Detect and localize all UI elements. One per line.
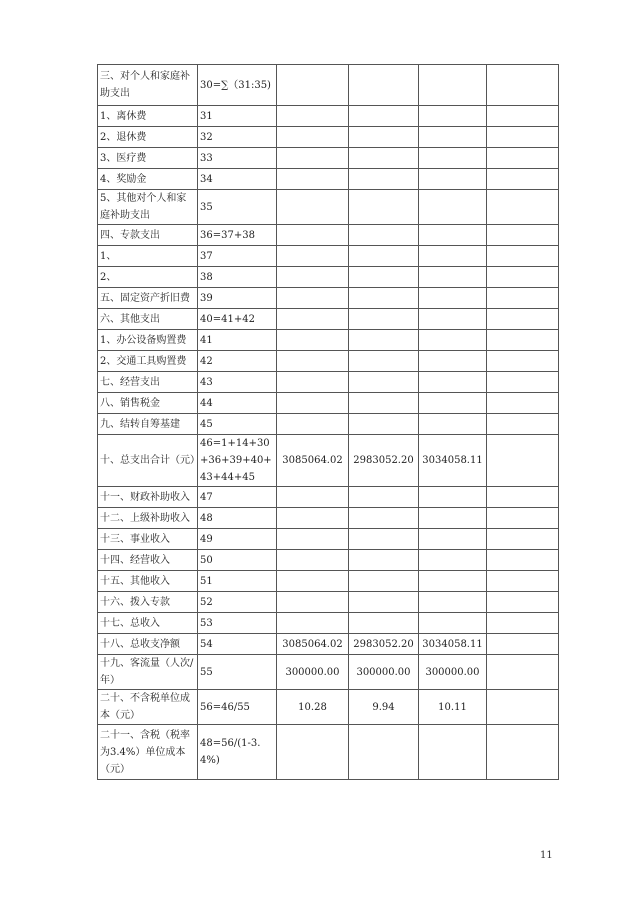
value-col-4 — [487, 435, 559, 487]
table-row: 七、经营支出43 — [98, 372, 559, 393]
value-col-4 — [487, 246, 559, 267]
value-col-1 — [277, 393, 349, 414]
row-code: 31 — [198, 106, 277, 127]
value-col-1 — [277, 372, 349, 393]
value-col-2 — [349, 246, 419, 267]
table-row: 2、退休费32 — [98, 127, 559, 148]
value-col-4 — [487, 725, 559, 780]
value-col-4 — [487, 592, 559, 613]
row-label: 三、对个人和家庭补助支出 — [98, 65, 198, 106]
value-col-2 — [349, 487, 419, 508]
value-col-2 — [349, 613, 419, 634]
row-label: 九、结转自筹基建 — [98, 414, 198, 435]
row-code: 42 — [198, 351, 277, 372]
value-col-4 — [487, 351, 559, 372]
table-row: 十二、上级补助收入48 — [98, 508, 559, 529]
value-col-2: 300000.00 — [349, 655, 419, 690]
value-col-1 — [277, 414, 349, 435]
value-col-4 — [487, 613, 559, 634]
row-label: 十五、其他收入 — [98, 571, 198, 592]
value-col-3 — [419, 529, 487, 550]
value-col-4 — [487, 550, 559, 571]
value-col-2 — [349, 309, 419, 330]
row-code: 50 — [198, 550, 277, 571]
row-code: 54 — [198, 634, 277, 655]
value-col-1 — [277, 148, 349, 169]
value-col-4 — [487, 127, 559, 148]
value-col-3 — [419, 571, 487, 592]
row-label: 二十、不含税单位成本（元） — [98, 690, 198, 725]
value-col-1 — [277, 487, 349, 508]
row-code: 45 — [198, 414, 277, 435]
value-col-4 — [487, 106, 559, 127]
value-col-2: 9.94 — [349, 690, 419, 725]
table-row: 二十、不含税单位成本（元）56=46/5510.289.9410.11 — [98, 690, 559, 725]
row-code: 48 — [198, 508, 277, 529]
cost-table: 三、对个人和家庭补助支出30=∑（31:35)1、离休费312、退休费323、医… — [97, 64, 559, 780]
value-col-4 — [487, 65, 559, 106]
table-row: 三、对个人和家庭补助支出30=∑（31:35) — [98, 65, 559, 106]
value-col-2 — [349, 65, 419, 106]
value-col-1 — [277, 725, 349, 780]
value-col-4 — [487, 571, 559, 592]
table-row: 5、其他对个人和家庭补助支出35 — [98, 190, 559, 225]
value-col-2 — [349, 508, 419, 529]
row-label: 3、医疗费 — [98, 148, 198, 169]
value-col-1 — [277, 508, 349, 529]
value-col-1 — [277, 288, 349, 309]
value-col-3 — [419, 225, 487, 246]
row-code: 55 — [198, 655, 277, 690]
table-row: 十四、经营收入50 — [98, 550, 559, 571]
row-label: 八、销售税金 — [98, 393, 198, 414]
value-col-2 — [349, 225, 419, 246]
row-code: 30=∑（31:35) — [198, 65, 277, 106]
value-col-2 — [349, 106, 419, 127]
table-row: 3、医疗费33 — [98, 148, 559, 169]
row-label: 十九、客流量（人次/年） — [98, 655, 198, 690]
row-label: 1、离休费 — [98, 106, 198, 127]
row-label: 十、总支出合计（元） — [98, 435, 198, 487]
table-row: 4、奖励金34 — [98, 169, 559, 190]
value-col-2 — [349, 148, 419, 169]
row-label: 2、退休费 — [98, 127, 198, 148]
row-code: 43 — [198, 372, 277, 393]
value-col-4 — [487, 169, 559, 190]
table-row: 十五、其他收入51 — [98, 571, 559, 592]
value-col-2 — [349, 267, 419, 288]
row-label: 十六、拨入专款 — [98, 592, 198, 613]
value-col-2 — [349, 414, 419, 435]
value-col-3 — [419, 106, 487, 127]
row-label: 十四、经营收入 — [98, 550, 198, 571]
page-number: 11 — [540, 850, 553, 861]
value-col-3 — [419, 592, 487, 613]
value-col-4 — [487, 529, 559, 550]
value-col-1 — [277, 169, 349, 190]
value-col-4 — [487, 393, 559, 414]
value-col-1 — [277, 309, 349, 330]
value-col-3 — [419, 351, 487, 372]
value-col-2 — [349, 288, 419, 309]
value-col-4 — [487, 655, 559, 690]
value-col-2 — [349, 571, 419, 592]
row-code: 38 — [198, 267, 277, 288]
value-col-1 — [277, 613, 349, 634]
value-col-4 — [487, 148, 559, 169]
value-col-1 — [277, 267, 349, 288]
value-col-1 — [277, 225, 349, 246]
row-code: 39 — [198, 288, 277, 309]
value-col-2 — [349, 169, 419, 190]
row-label: 四、专款支出 — [98, 225, 198, 246]
value-col-3 — [419, 267, 487, 288]
value-col-1: 3085064.02 — [277, 435, 349, 487]
value-col-3 — [419, 246, 487, 267]
row-code: 35 — [198, 190, 277, 225]
value-col-4 — [487, 487, 559, 508]
value-col-2 — [349, 550, 419, 571]
value-col-2 — [349, 372, 419, 393]
value-col-1 — [277, 190, 349, 225]
value-col-2 — [349, 351, 419, 372]
value-col-4 — [487, 267, 559, 288]
value-col-3 — [419, 487, 487, 508]
row-code: 36=37+38 — [198, 225, 277, 246]
value-col-4 — [487, 372, 559, 393]
value-col-3: 3034058.11 — [419, 634, 487, 655]
table-row: 五、固定资产折旧费39 — [98, 288, 559, 309]
row-code: 32 — [198, 127, 277, 148]
value-col-1 — [277, 571, 349, 592]
value-col-1: 10.28 — [277, 690, 349, 725]
value-col-3 — [419, 190, 487, 225]
row-code: 33 — [198, 148, 277, 169]
row-label: 十七、总收入 — [98, 613, 198, 634]
value-col-4 — [487, 288, 559, 309]
row-label: 十三、事业收入 — [98, 529, 198, 550]
table-row: 十六、拨入专款52 — [98, 592, 559, 613]
value-col-1 — [277, 550, 349, 571]
row-code: 51 — [198, 571, 277, 592]
value-col-1 — [277, 65, 349, 106]
value-col-2 — [349, 592, 419, 613]
value-col-2 — [349, 529, 419, 550]
value-col-4 — [487, 225, 559, 246]
row-label: 1、 — [98, 246, 198, 267]
table-row: 十三、事业收入49 — [98, 529, 559, 550]
value-col-3 — [419, 393, 487, 414]
value-col-4 — [487, 508, 559, 529]
value-col-2 — [349, 127, 419, 148]
value-col-1 — [277, 106, 349, 127]
row-label: 十八、总收支净额 — [98, 634, 198, 655]
row-label: 2、交通工具购置费 — [98, 351, 198, 372]
value-col-1 — [277, 127, 349, 148]
table-row: 2、交通工具购置费42 — [98, 351, 559, 372]
row-label: 七、经营支出 — [98, 372, 198, 393]
row-code: 53 — [198, 613, 277, 634]
value-col-2: 2983052.20 — [349, 435, 419, 487]
row-code: 49 — [198, 529, 277, 550]
row-label: 4、奖励金 — [98, 169, 198, 190]
value-col-1 — [277, 246, 349, 267]
table-row: 六、其他支出40=41+42 — [98, 309, 559, 330]
table-row: 十七、总收入53 — [98, 613, 559, 634]
value-col-2 — [349, 190, 419, 225]
table-row: 十八、总收支净额543085064.022983052.203034058.11 — [98, 634, 559, 655]
value-col-3 — [419, 508, 487, 529]
row-code: 47 — [198, 487, 277, 508]
table-row: 1、办公设备购置费41 — [98, 330, 559, 351]
table-row: 十九、客流量（人次/年）55300000.00300000.00300000.0… — [98, 655, 559, 690]
value-col-1 — [277, 330, 349, 351]
value-col-3 — [419, 288, 487, 309]
value-col-1 — [277, 529, 349, 550]
value-col-4 — [487, 309, 559, 330]
value-col-4 — [487, 414, 559, 435]
table-row: 四、专款支出36=37+38 — [98, 225, 559, 246]
table-row: 九、结转自筹基建45 — [98, 414, 559, 435]
row-label: 十二、上级补助收入 — [98, 508, 198, 529]
row-label: 五、固定资产折旧费 — [98, 288, 198, 309]
table-row: 1、离休费31 — [98, 106, 559, 127]
table-row: 1、37 — [98, 246, 559, 267]
value-col-2 — [349, 725, 419, 780]
value-col-3 — [419, 725, 487, 780]
row-code: 46=1+14+30+36+39+40+43+44+45 — [198, 435, 277, 487]
row-label: 二十一、含税（税率为3.4%）单位成本（元） — [98, 725, 198, 780]
row-code: 52 — [198, 592, 277, 613]
value-col-1: 300000.00 — [277, 655, 349, 690]
value-col-3 — [419, 127, 487, 148]
value-col-3 — [419, 372, 487, 393]
value-col-3 — [419, 613, 487, 634]
row-label: 六、其他支出 — [98, 309, 198, 330]
table-row: 十、总支出合计（元）46=1+14+30+36+39+40+43+44+4530… — [98, 435, 559, 487]
value-col-2 — [349, 330, 419, 351]
value-col-3: 10.11 — [419, 690, 487, 725]
row-code: 48=56/(1-3.4%) — [198, 725, 277, 780]
value-col-4 — [487, 330, 559, 351]
table-row: 二十一、含税（税率为3.4%）单位成本（元）48=56/(1-3.4%) — [98, 725, 559, 780]
row-code: 37 — [198, 246, 277, 267]
row-label: 1、办公设备购置费 — [98, 330, 198, 351]
value-col-3 — [419, 148, 487, 169]
row-code: 34 — [198, 169, 277, 190]
value-col-3 — [419, 169, 487, 190]
row-label: 5、其他对个人和家庭补助支出 — [98, 190, 198, 225]
row-label: 2、 — [98, 267, 198, 288]
value-col-4 — [487, 690, 559, 725]
value-col-3 — [419, 414, 487, 435]
row-code: 40=41+42 — [198, 309, 277, 330]
row-code: 44 — [198, 393, 277, 414]
row-code: 56=46/55 — [198, 690, 277, 725]
value-col-4 — [487, 190, 559, 225]
row-code: 41 — [198, 330, 277, 351]
value-col-3: 3034058.11 — [419, 435, 487, 487]
value-col-1: 3085064.02 — [277, 634, 349, 655]
value-col-2: 2983052.20 — [349, 634, 419, 655]
value-col-3 — [419, 330, 487, 351]
value-col-2 — [349, 393, 419, 414]
value-col-3 — [419, 65, 487, 106]
table-row: 八、销售税金44 — [98, 393, 559, 414]
value-col-1 — [277, 592, 349, 613]
row-label: 十一、财政补助收入 — [98, 487, 198, 508]
table-row: 2、38 — [98, 267, 559, 288]
value-col-1 — [277, 351, 349, 372]
value-col-4 — [487, 634, 559, 655]
value-col-3 — [419, 550, 487, 571]
value-col-3: 300000.00 — [419, 655, 487, 690]
value-col-3 — [419, 309, 487, 330]
table-row: 十一、财政补助收入47 — [98, 487, 559, 508]
